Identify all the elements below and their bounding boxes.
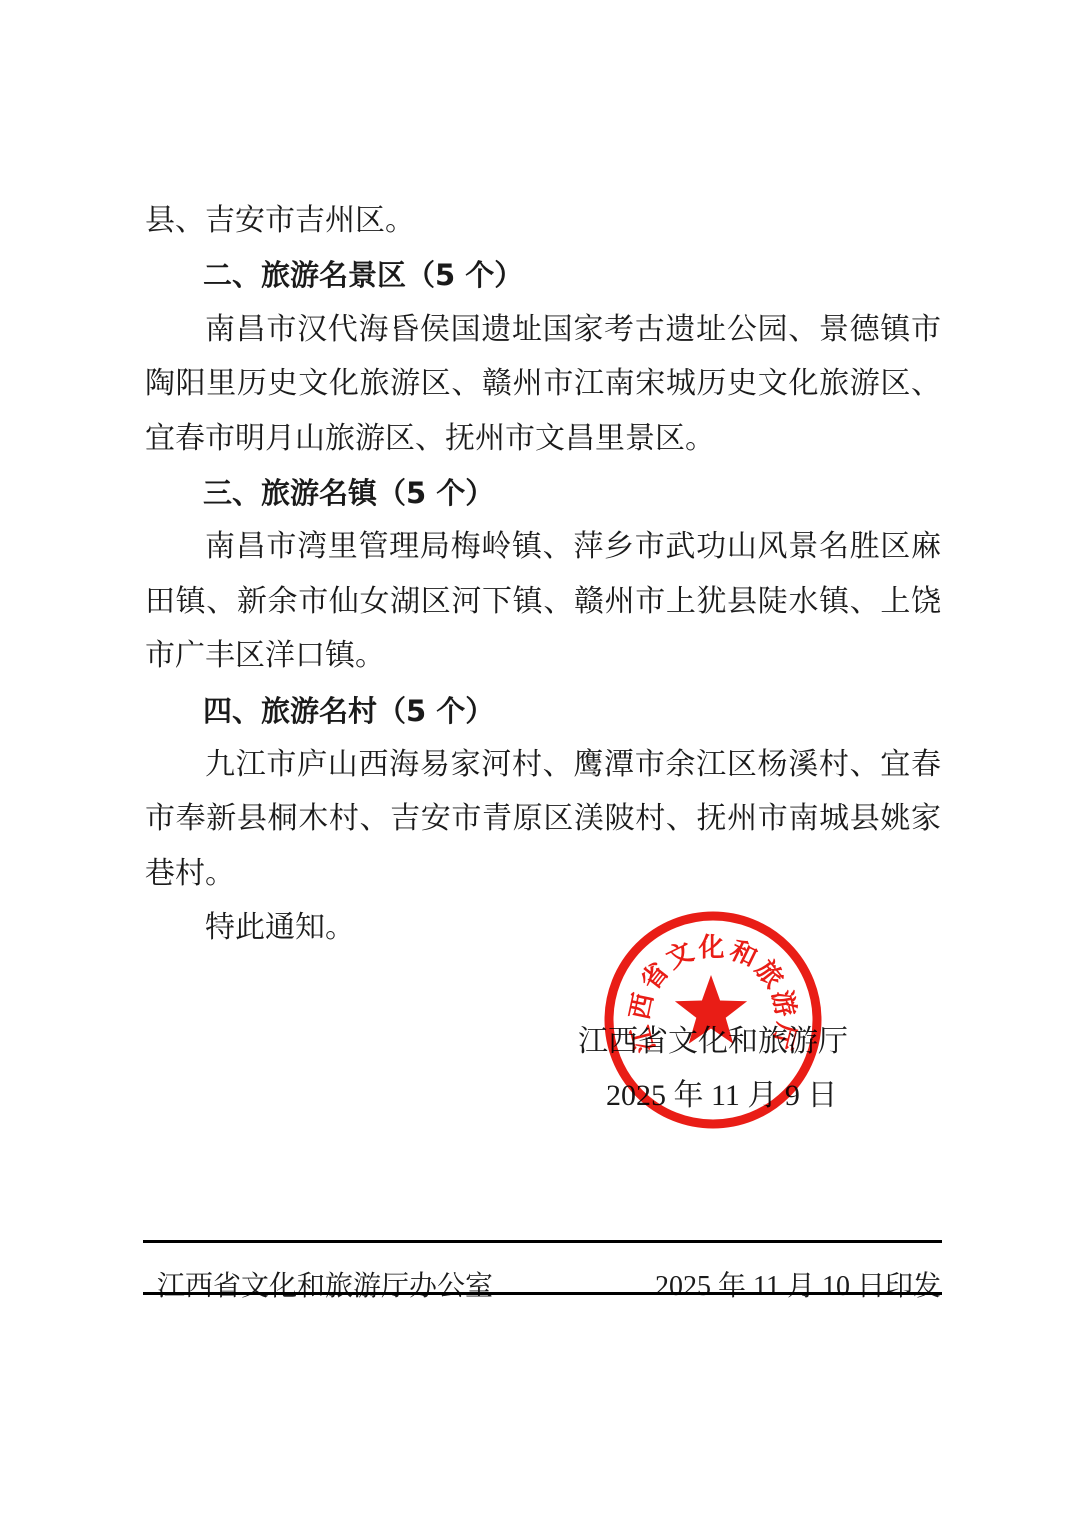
section-heading-villages: 四、旅游名村（5 个） bbox=[145, 684, 941, 738]
section-text-towns: 南昌市湾里管理局梅岭镇、萍乡市武功山风景名胜区麻田镇、新余市仙女湖区河下镇、赣州… bbox=[145, 520, 941, 683]
footer-office: 江西省文化和旅游厅办公室 bbox=[157, 1264, 493, 1304]
footer-print-date: 2025 年 11 月 10 日印发 bbox=[655, 1264, 941, 1304]
document-body: 县、吉安市吉州区。 二、旅游名景区（5 个） 南昌市汉代海昏侯国遗址国家考古遗址… bbox=[145, 194, 941, 956]
official-seal: 江西省文化和旅游厅 bbox=[598, 905, 828, 1135]
section-text-scenic-areas: 南昌市汉代海昏侯国遗址国家考古遗址公园、景德镇市陶阳里历史文化旅游区、赣州市江南… bbox=[145, 303, 941, 466]
continuation-line: 县、吉安市吉州区。 bbox=[145, 194, 941, 248]
section-text-villages: 九江市庐山西海易家河村、鹰潭市余江区杨溪村、宜春市奉新县桐木村、吉安市青原区渼陂… bbox=[145, 738, 941, 901]
section-heading-scenic-areas: 二、旅游名景区（5 个） bbox=[145, 248, 941, 302]
star-icon bbox=[675, 975, 747, 1044]
document-page: 县、吉安市吉州区。 二、旅游名景区（5 个） 南昌市汉代海昏侯国遗址国家考古遗址… bbox=[0, 0, 1074, 1520]
section-heading-towns: 三、旅游名镇（5 个） bbox=[145, 466, 941, 520]
footer-top-rule bbox=[143, 1240, 942, 1243]
footer-bottom-rule bbox=[143, 1292, 942, 1295]
